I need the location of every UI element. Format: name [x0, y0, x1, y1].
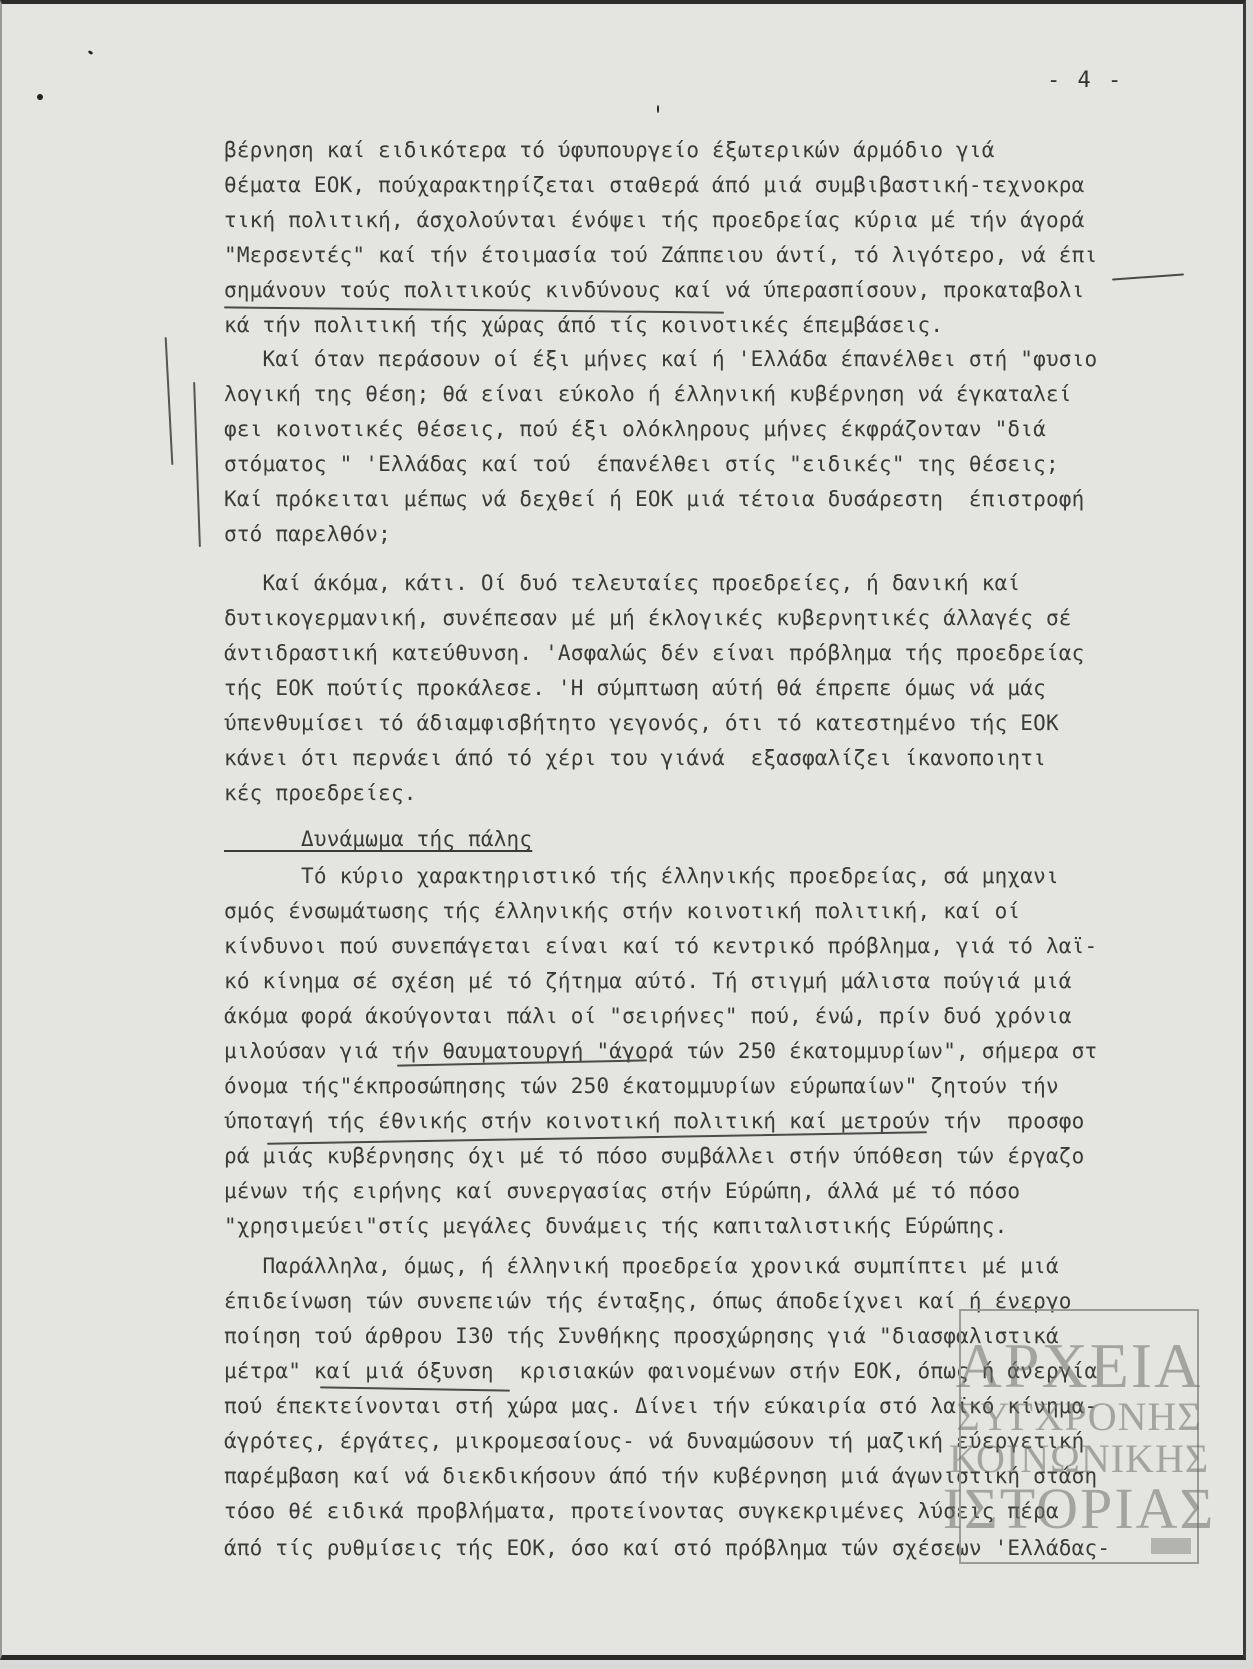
text-line: κές προεδρείες.: [224, 781, 417, 805]
text-line: μιλούσαν γιά τήν θαυματουργή "άγορά τών …: [224, 1039, 1097, 1063]
handwritten-underline: [267, 1131, 927, 1145]
text-line: "χρησιμεύει"στίς μεγάλες δυνάμεις τής κα…: [224, 1214, 1007, 1238]
text-line: κίνδυνοι πού συνεπάγεται είναι καί τό κε…: [224, 934, 1097, 958]
handwritten-margin-line: [165, 337, 174, 465]
section-heading: Δυνάμωμα τής πάλης: [224, 827, 532, 851]
text-line: πού έπεκτείνονται στή χώρα μας. Δίνει τή…: [224, 1394, 1097, 1418]
text-line: "Μερσεντές" καί τήν έτοιμασία τού Ζάππει…: [224, 243, 1097, 267]
text-line: ύπενθυμίσει τό άδιαμφισβήτητο γεγονός, ό…: [224, 711, 1059, 735]
page-number: - 4 -: [1047, 68, 1123, 93]
text-line: φει κοινοτικές θέσεις, πού έξι ολόκληρου…: [224, 417, 1046, 441]
handwritten-underline: [1112, 273, 1184, 280]
text-line: Τό κύριο χαρακτηριστικό τής έλληνικής πρ…: [224, 864, 1059, 888]
text-line: άγρότες, έργάτες, μικρομεσαίους- νά δυνα…: [224, 1429, 1085, 1453]
speck-mark: [37, 94, 43, 100]
text-line: λογική της θέση; θά είναι εύκολο ή έλλην…: [224, 382, 1072, 406]
text-line: Καί άκόμα, κάτι. Οί δυό τελευταίες προεδ…: [224, 571, 1020, 595]
text-line: κά τήν πολιτική τής χώρας άπό τίς κοινοτ…: [224, 313, 943, 337]
text-line: κό κίνημα σέ σχέση μέ τό ζήτημα αύτό. Τή…: [224, 969, 1072, 993]
text-line: Παράλληλα, όμως, ή έλληνική προεδρεία χρ…: [224, 1254, 1059, 1278]
text-line: τική πολιτική, άσχολούνται ένόψει τής πρ…: [224, 208, 1085, 232]
document-page: - 4 - βέρνηση καί ειδικότερα τό ύφυπουργ…: [0, 0, 1246, 1660]
text-line: τής ΕΟΚ πούτίς προκάλεσε. 'Η σύμπτωση αύ…: [224, 676, 1046, 700]
text-line: όνομα τής"έκπροσώπησης τών 250 έκατομμυρ…: [224, 1074, 1059, 1098]
text-line: δυτικογερμανική, συνέπεσαν μέ μή έκλογικ…: [224, 606, 1072, 630]
text-line: μέτρα" καί μιά όξυνση κρισιακών φαινομέν…: [224, 1359, 1097, 1383]
text-line: Καί όταν περάσουν οί έξι μήνες καί ή 'Ελ…: [224, 347, 1097, 371]
text-line: άπό τίς ρυθμίσεις τής ΕΟΚ, όσο καί στό π…: [224, 1536, 1110, 1560]
text-line: στόματος " 'Ελλάδας καί τού έπανέλθει στ…: [224, 452, 1059, 476]
speck-mark: [88, 50, 94, 55]
speck-mark: [657, 105, 659, 113]
text-line: παρέμβαση καί νά διεκδικήσουν άπό τήν κυ…: [224, 1464, 1097, 1488]
text-line: ύποταγή τής έθνικής στήν κοινοτική πολιτ…: [224, 1109, 1085, 1133]
text-line: Καί πρόκειται μέπως νά δεχθεί ή ΕΟΚ μιά …: [224, 487, 1085, 511]
handwritten-margin-line: [193, 382, 201, 547]
text-line: σημάνουν τούς πολιτικούς κινδύνους καί ν…: [224, 278, 1085, 302]
text-line: σμός ένσωμάτωσης τής έλληνικής στήν κοιν…: [224, 899, 1020, 923]
text-line: άντιδραστική κατεύθυνση. 'Ασφαλώς δέν εί…: [224, 641, 1085, 665]
text-line: μένων τής ειρήνης καί συνεργασίας στήν Ε…: [224, 1179, 1020, 1203]
text-line: έπιδείνωση τών συνεπειών τής ένταξης, όπ…: [224, 1289, 1072, 1313]
text-line: άκόμα φορά άκούγονται πάλι οί "σειρήνες"…: [224, 1004, 1072, 1028]
text-line: στό παρελθόν;: [224, 522, 391, 546]
text-line: θέματα ΕΟΚ, πούχαρακτηρίζεται σταθερά άπ…: [224, 173, 1085, 197]
text-line: βέρνηση καί ειδικότερα τό ύφυπουργείο έξ…: [224, 138, 995, 162]
handwritten-underline: [320, 1386, 510, 1391]
text-line: ποίηση τού άρθρου Ι30 τής Συνθήκης προσχ…: [224, 1324, 1059, 1348]
text-line: ρά μιάς κυβέρνησης όχι μέ τό πόσο συμβάλ…: [224, 1144, 1085, 1168]
text-line: κάνει ότι περνάει άπό τό χέρι του γιάνά …: [224, 746, 1046, 770]
stamp-bar: [1151, 1538, 1191, 1554]
text-line: τόσο θέ ειδικά προβλήματα, προτείνοντας …: [224, 1499, 1059, 1523]
